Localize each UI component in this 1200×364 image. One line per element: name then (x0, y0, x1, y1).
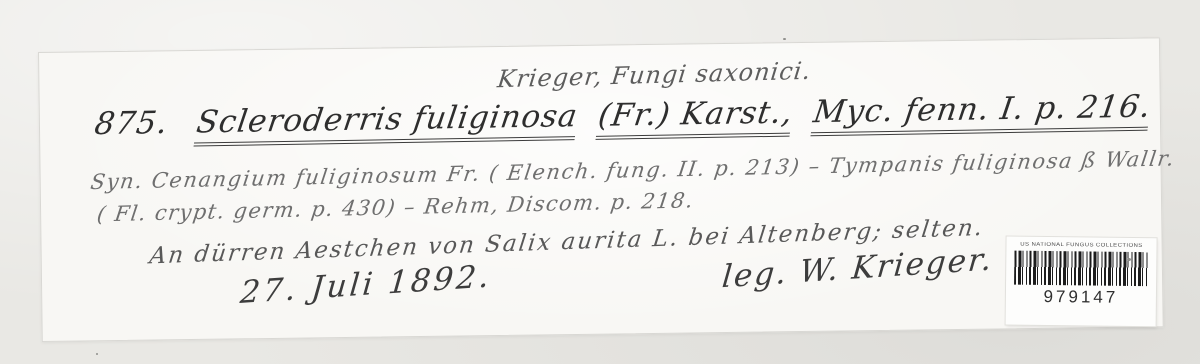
barcode-icon (1014, 251, 1148, 287)
synonymy-line-1: Syn. Cenangium fuliginosum Fr. ( Elench.… (89, 146, 1177, 194)
collection-number: 875. (92, 105, 170, 142)
species-name: Scleroderris fuliginosa (193, 98, 580, 146)
scan-speck (1127, 258, 1131, 261)
synonymy-line-2: ( Fl. crypt. germ. p. 430) – Rehm, Disco… (96, 188, 696, 226)
barcode-sticker: US NATIONAL FUNGUS COLLECTIONS 979147 (1006, 237, 1157, 327)
herbarium-label-paper: Krieger, Fungi saxonici. 875. Scleroderr… (38, 37, 1164, 342)
scan-speck (96, 353, 98, 355)
literature-reference: Myc. fenn. I. p. 216. (810, 89, 1153, 137)
scan-speck (783, 38, 786, 40)
specimen-label-scan: Krieger, Fungi saxonici. 875. Scleroderr… (0, 0, 1200, 364)
collector-signature: leg. W. Krieger. (721, 241, 995, 295)
institution-name: US NATIONAL FUNGUS COLLECTIONS (1006, 242, 1156, 249)
barcode-number: 979147 (1006, 287, 1156, 309)
collection-date: 27. Juli 1892. (239, 258, 494, 311)
species-authority: (Fr.) Karst., (595, 95, 795, 140)
